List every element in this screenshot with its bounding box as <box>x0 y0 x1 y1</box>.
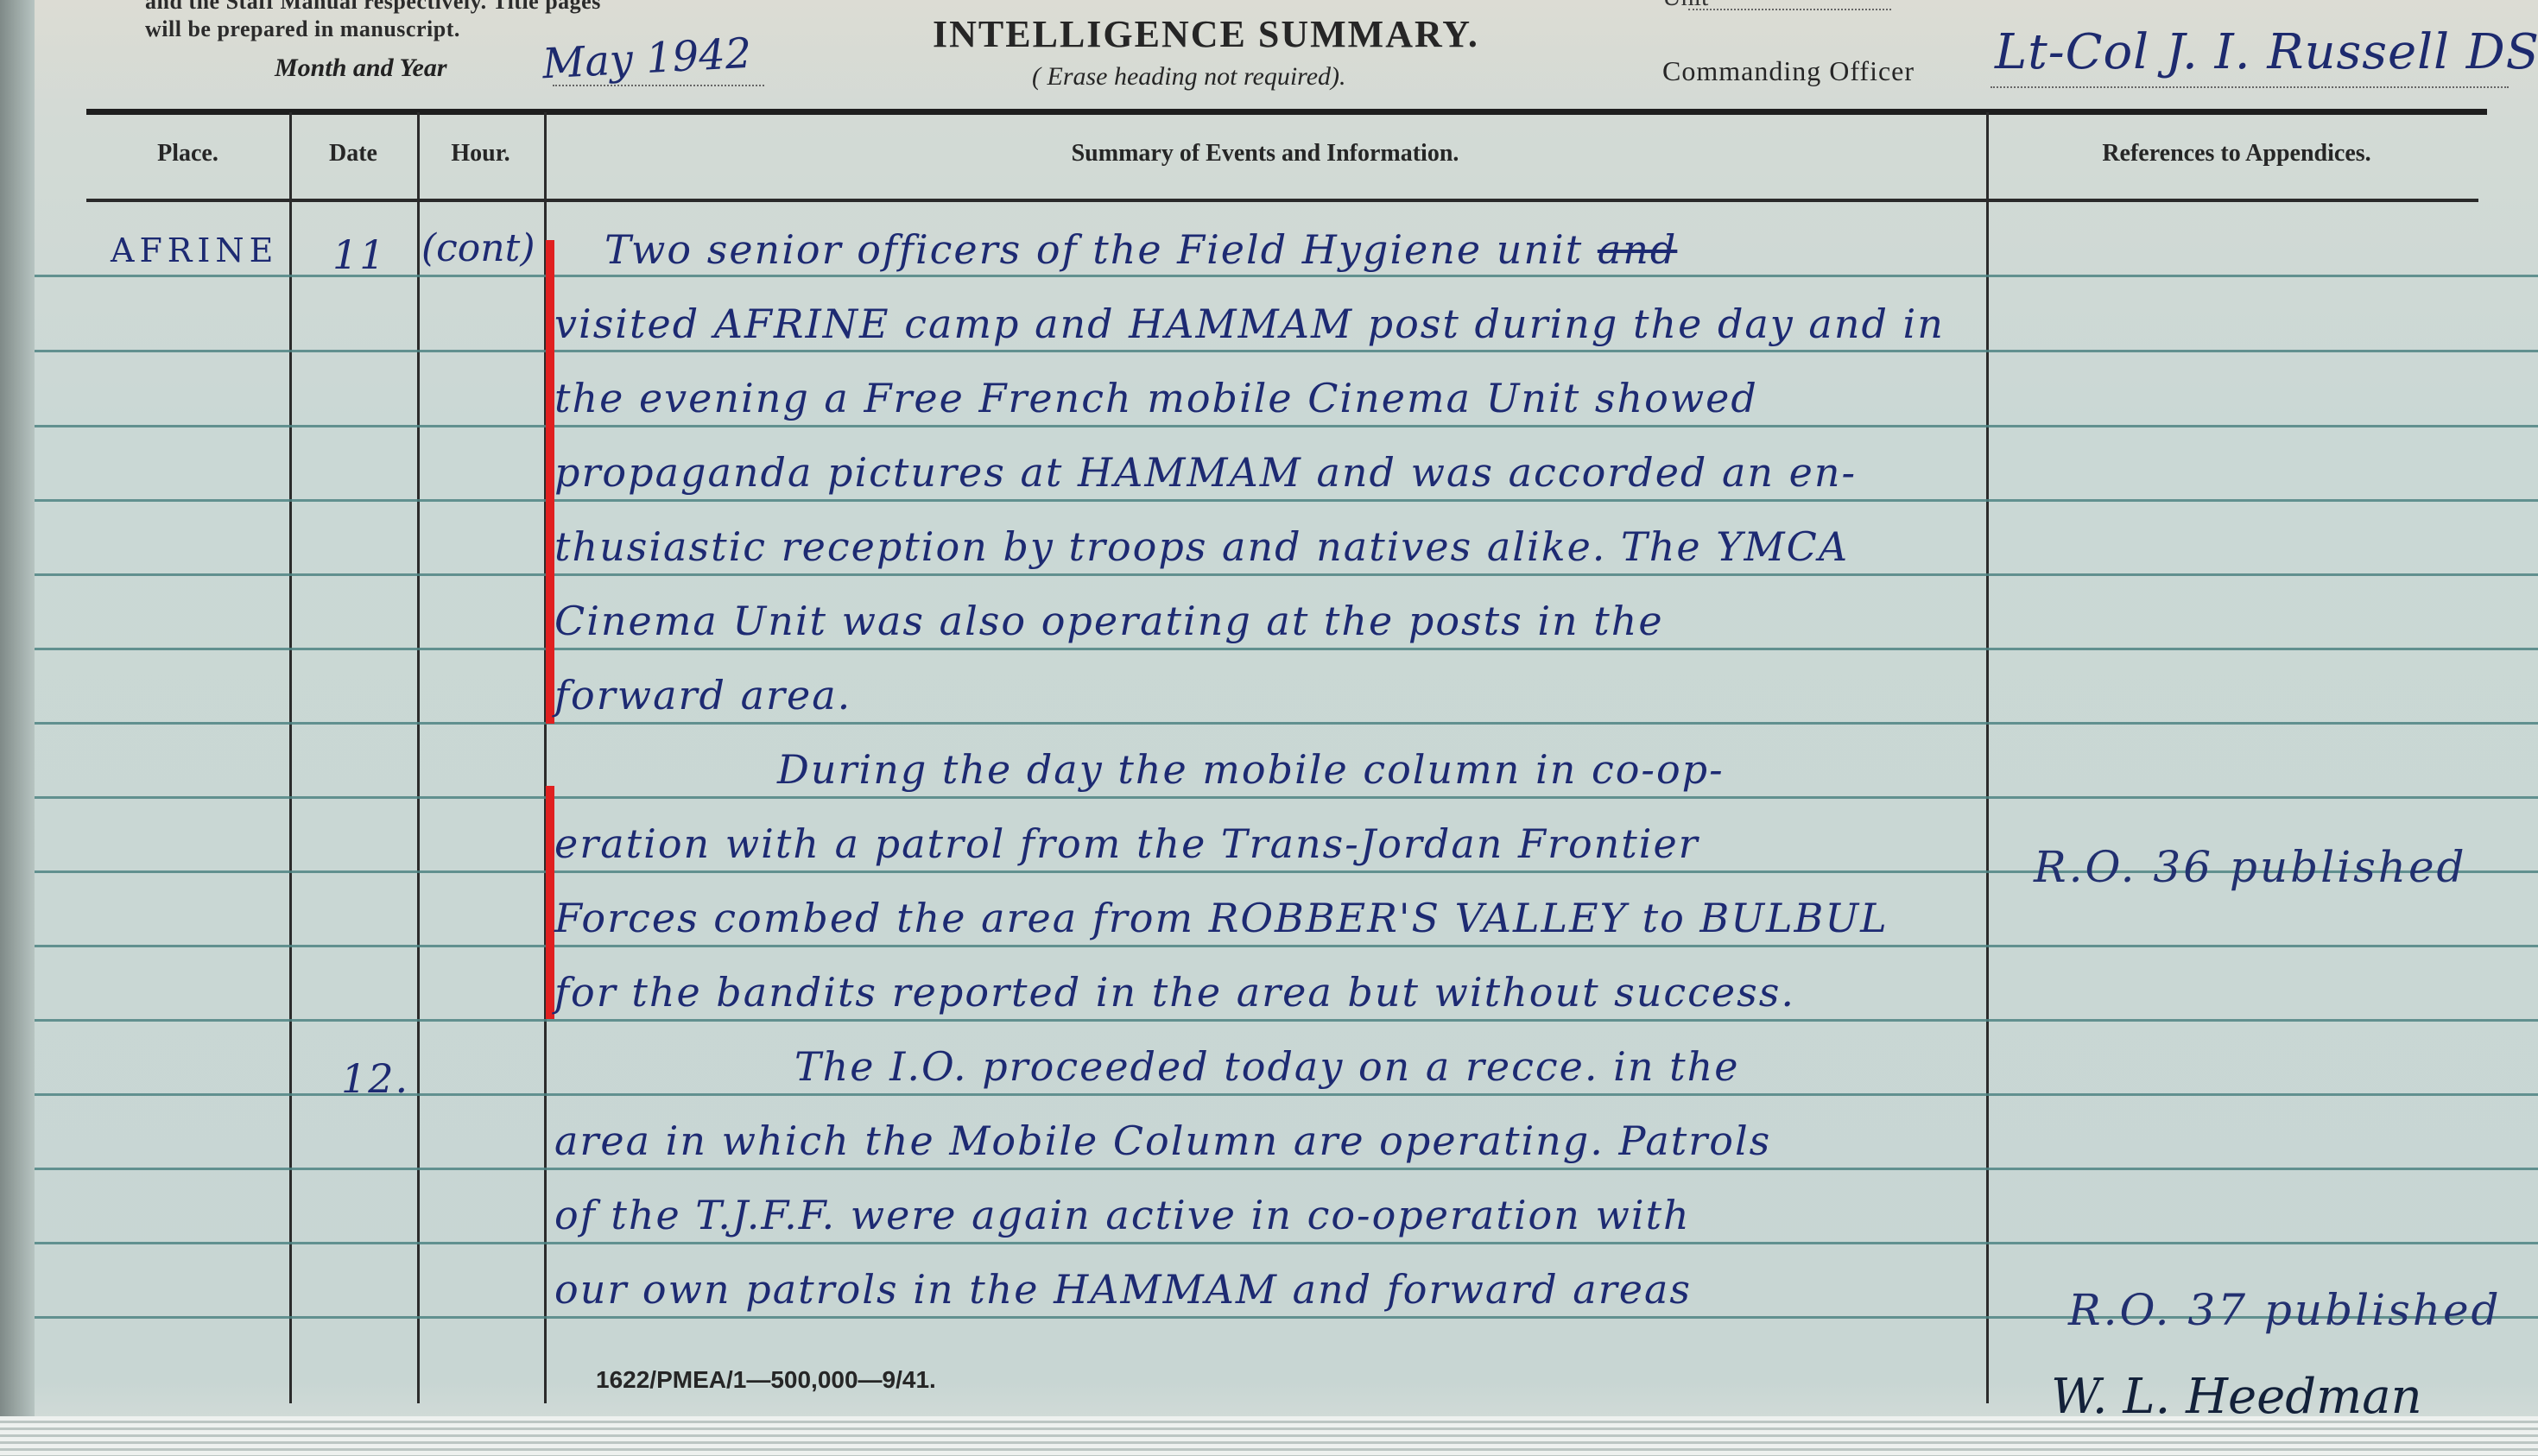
form-print-code: 1622/PMEA/1—500,000—9/41. <box>596 1366 936 1394</box>
summary-line-1: Two senior officers of the Field Hygiene… <box>604 226 1677 273</box>
ruled-line <box>35 945 2538 947</box>
summary-line-8: During the day the mobile column in co-o… <box>777 746 1725 793</box>
instruction-line-1: and the Staff Manual respectively. Title… <box>145 0 819 16</box>
month-year-label: Month and Year <box>275 54 447 83</box>
ruled-line <box>35 275 2538 277</box>
ruled-line <box>35 425 2538 427</box>
entry-date-11: 11 <box>332 231 387 278</box>
war-diary-page: and the Staff Manual respectively. Title… <box>0 0 2538 1456</box>
column-header-hour: Hour. <box>417 140 544 168</box>
summary-line-10: Forces combed the area from ROBBER'S VAL… <box>554 895 1889 941</box>
document-subtitle: ( Erase heading not required). <box>1032 62 1346 92</box>
red-margin-mark-2 <box>546 786 554 1019</box>
unit-dotted-line <box>1688 9 1891 10</box>
ruled-line <box>35 1019 2538 1022</box>
commanding-officer-dotted-line <box>1991 86 2509 88</box>
summary-line-11: for the bandits reported in the area but… <box>554 969 1795 1016</box>
column-divider-summary-references <box>1986 112 1989 1403</box>
column-header-place: Place. <box>86 140 289 168</box>
ruled-line <box>35 350 2538 352</box>
column-header-summary: Summary of Events and Information. <box>544 140 1986 168</box>
ruled-line <box>35 1093 2538 1096</box>
entry-date-12: 12. <box>341 1055 409 1102</box>
summary-line-15: our own patrols in the HAMMAM and forwar… <box>554 1266 1692 1313</box>
reference-ro-36: R.O. 36 published <box>2034 842 2467 892</box>
summary-line-12: The I.O. proceeded today on a recce. in … <box>794 1043 1739 1090</box>
title-connector: or <box>1226 0 1244 4</box>
summary-line-7: forward area. <box>554 672 851 719</box>
ruled-line <box>35 722 2538 725</box>
header-bottom-rule <box>86 199 2478 202</box>
reference-ro-37: R.O. 37 published <box>2068 1285 2502 1335</box>
summary-line-2: visited AFRINE camp and HAMMAM post duri… <box>554 301 1945 347</box>
column-divider-date-hour <box>417 112 420 1403</box>
summary-line-14: of the T.J.F.F. were again active in co-… <box>554 1192 1691 1238</box>
summary-line-6: Cinema Unit was also operating at the po… <box>554 598 1664 644</box>
column-divider-place-date <box>289 112 292 1403</box>
month-year-value: May 1942 <box>541 29 753 89</box>
column-header-date: Date <box>289 140 417 168</box>
summary-line-5: thusiastic reception by troops and nativ… <box>554 523 1849 570</box>
ruled-line <box>35 1242 2538 1244</box>
column-header-references: References to Appendices. <box>1986 140 2487 168</box>
entry-place: AFRINE <box>111 231 278 269</box>
ruled-line <box>35 499 2538 502</box>
commanding-officer-value: Lt-Col J. I. Russell DSO <box>1995 24 2538 80</box>
summary-line-9: eration with a patrol from the Trans-Jor… <box>554 820 1699 867</box>
page-stack-edge <box>0 1416 2538 1456</box>
commanding-officer-label: Commanding Officer <box>1662 55 1915 87</box>
summary-line-4: propaganda pictures at HAMMAM and was ac… <box>554 449 1857 496</box>
summary-line-3: the evening a Free French mobile Cinema … <box>554 375 1758 421</box>
ruled-line <box>35 573 2538 576</box>
struck-word: and <box>1598 226 1678 273</box>
header-top-rule <box>86 109 2487 115</box>
entry-hour-cont: (cont) <box>421 226 535 270</box>
ruled-line <box>35 1168 2538 1170</box>
document-title: INTELLIGENCE SUMMARY. <box>933 12 1479 56</box>
red-margin-mark-1 <box>546 240 554 724</box>
summary-line-13: area in which the Mobile Column are oper… <box>554 1117 1771 1164</box>
ruled-line <box>35 648 2538 650</box>
ruled-line <box>35 796 2538 799</box>
